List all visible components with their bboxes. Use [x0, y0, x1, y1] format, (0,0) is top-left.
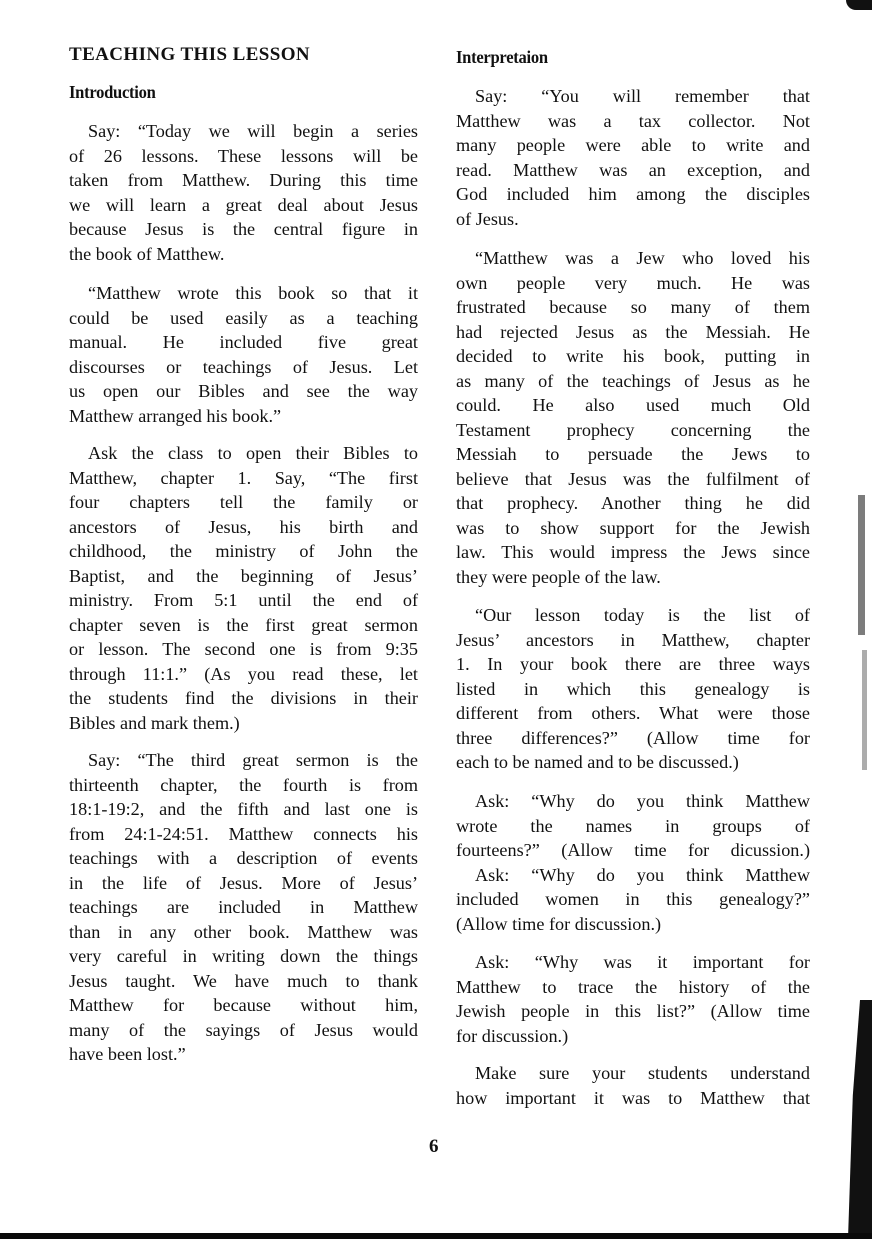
text-line: Ask: “Why do you think Matthew: [456, 863, 810, 888]
interpretation-subheading: Interpretaion: [456, 47, 548, 68]
text-line: ministry. From 5:1 until the end of: [69, 588, 418, 613]
text-line: as many of the teachings of Jesus as he: [456, 369, 810, 394]
text-line: the students find the divisions in their: [69, 686, 418, 711]
page-number: 6: [429, 1136, 439, 1158]
scan-artifact-top: [846, 0, 872, 10]
text-line: than in any other book. Matthew was: [69, 920, 418, 945]
text-line: Testament prophecy concerning the: [456, 418, 810, 443]
scan-artifact-edge-mid2: [862, 650, 867, 770]
text-line: Matthew was a tax collector. Not: [456, 109, 810, 134]
text-line: many of the sayings of Jesus would: [69, 1018, 418, 1043]
text-line: very careful in writing down the things: [69, 944, 418, 969]
text-line: frustrated because so many of them: [456, 295, 810, 320]
text-line: teachings with a description of events: [69, 846, 418, 871]
scan-artifact-edge-bottom: [848, 1000, 872, 1239]
text-line: have been lost.”: [69, 1042, 418, 1067]
text-line: of 26 lessons. These lessons will be: [69, 144, 418, 169]
text-line: wrote the names in groups of: [456, 814, 810, 839]
text-line: listed in which this genealogy is: [456, 677, 810, 702]
introduction-subheading: Introduction: [69, 82, 156, 103]
text-line: taken from Matthew. During this time: [69, 168, 418, 193]
text-line: “Our lesson today is the list of: [456, 603, 810, 628]
text-line: Baptist, and the beginning of Jesus’: [69, 564, 418, 589]
text-line: Jewish people in this list?” (Allow time: [456, 999, 810, 1024]
text-line: through 11:1.” (As you read these, let: [69, 662, 418, 687]
text-line: was to show support for the Jewish: [456, 516, 810, 541]
text-line: four chapters tell the family or: [69, 490, 418, 515]
text-line: Messiah to persuade the Jews to: [456, 442, 810, 467]
text-line: each to be named and to be discussed.): [456, 750, 810, 775]
text-line: Ask: “Why do you think Matthew: [456, 789, 810, 814]
text-line: 18:1-19:2, and the fifth and last one is: [69, 797, 418, 822]
text-line: we will learn a great deal about Jesus: [69, 193, 418, 218]
text-line: chapter seven is the first great sermon: [69, 613, 418, 638]
text-line: Jesus’ ancestors in Matthew, chapter: [456, 628, 810, 653]
text-line: had rejected Jesus as the Messiah. He: [456, 320, 810, 345]
text-line: or lesson. The second one is from 9:35: [69, 637, 418, 662]
text-line: Say: “Today we will begin a series: [69, 119, 418, 144]
text-line: decided to write his book, putting in: [456, 344, 810, 369]
text-line: Jesus taught. We have much to thank: [69, 969, 418, 994]
text-line: Matthew for because without him,: [69, 993, 418, 1018]
text-line: many people were able to write and: [456, 133, 810, 158]
text-line: read. Matthew was an exception, and: [456, 158, 810, 183]
text-line: us open our Bibles and see the way: [69, 379, 418, 404]
text-line: Matthew to trace the history of the: [456, 975, 810, 1000]
text-line: teachings are included in Matthew: [69, 895, 418, 920]
scanned-page: TEACHING THIS LESSON Introduction Say: “…: [0, 0, 872, 1239]
text-line: law. This would impress the Jews since: [456, 540, 810, 565]
text-line: how important it was to Matthew that: [456, 1086, 810, 1111]
text-line: in the life of Jesus. More of Jesus’: [69, 871, 418, 896]
text-line: Ask the class to open their Bibles to: [69, 441, 418, 466]
text-line: included women in this genealogy?”: [456, 887, 810, 912]
text-line: because Jesus is the central figure in: [69, 217, 418, 242]
text-line: different from others. What were those: [456, 701, 810, 726]
text-line: from 24:1-24:51. Matthew connects his: [69, 822, 418, 847]
text-line: (Allow time for discussion.): [456, 912, 810, 937]
text-line: Bibles and mark them.): [69, 711, 418, 736]
text-line: childhood, the ministry of John the: [69, 539, 418, 564]
text-line: fourteens?” (Allow time for dicussion.): [456, 838, 810, 863]
text-line: of Jesus.: [456, 207, 810, 232]
text-line: Matthew, chapter 1. Say, “The first: [69, 466, 418, 491]
text-line: manual. He included five great: [69, 330, 418, 355]
scan-artifact-edge-mid: [858, 495, 865, 635]
section-heading: TEACHING THIS LESSON: [69, 44, 310, 66]
text-line: Ask: “Why was it important for: [456, 950, 810, 975]
text-line: own people very much. He was: [456, 271, 810, 296]
text-line: discourses or teachings of Jesus. Let: [69, 355, 418, 380]
text-line: three differences?” (Allow time for: [456, 726, 810, 751]
text-line: Make sure your students understand: [456, 1061, 810, 1086]
text-line: 1. In your book there are three ways: [456, 652, 810, 677]
text-line: believe that Jesus was the fulfilment of: [456, 467, 810, 492]
text-line: God included him among the disciples: [456, 182, 810, 207]
text-line: Matthew arranged his book.”: [69, 404, 418, 429]
text-line: “Matthew was a Jew who loved his: [456, 246, 810, 271]
text-line: the book of Matthew.: [69, 242, 418, 267]
text-line: ancestors of Jesus, his birth and: [69, 515, 418, 540]
scan-artifact-bottom-bar: [0, 1233, 872, 1239]
text-line: thirteenth chapter, the fourth is from: [69, 773, 418, 798]
text-line: Say: “The third great sermon is the: [69, 748, 418, 773]
text-line: that prophecy. Another thing he did: [456, 491, 810, 516]
text-line: “Matthew wrote this book so that it: [69, 281, 418, 306]
text-line: could. He also used much Old: [456, 393, 810, 418]
text-line: they were people of the law.: [456, 565, 810, 590]
text-line: for discussion.): [456, 1024, 810, 1049]
text-line: Say: “You will remember that: [456, 84, 810, 109]
text-line: could be used easily as a teaching: [69, 306, 418, 331]
